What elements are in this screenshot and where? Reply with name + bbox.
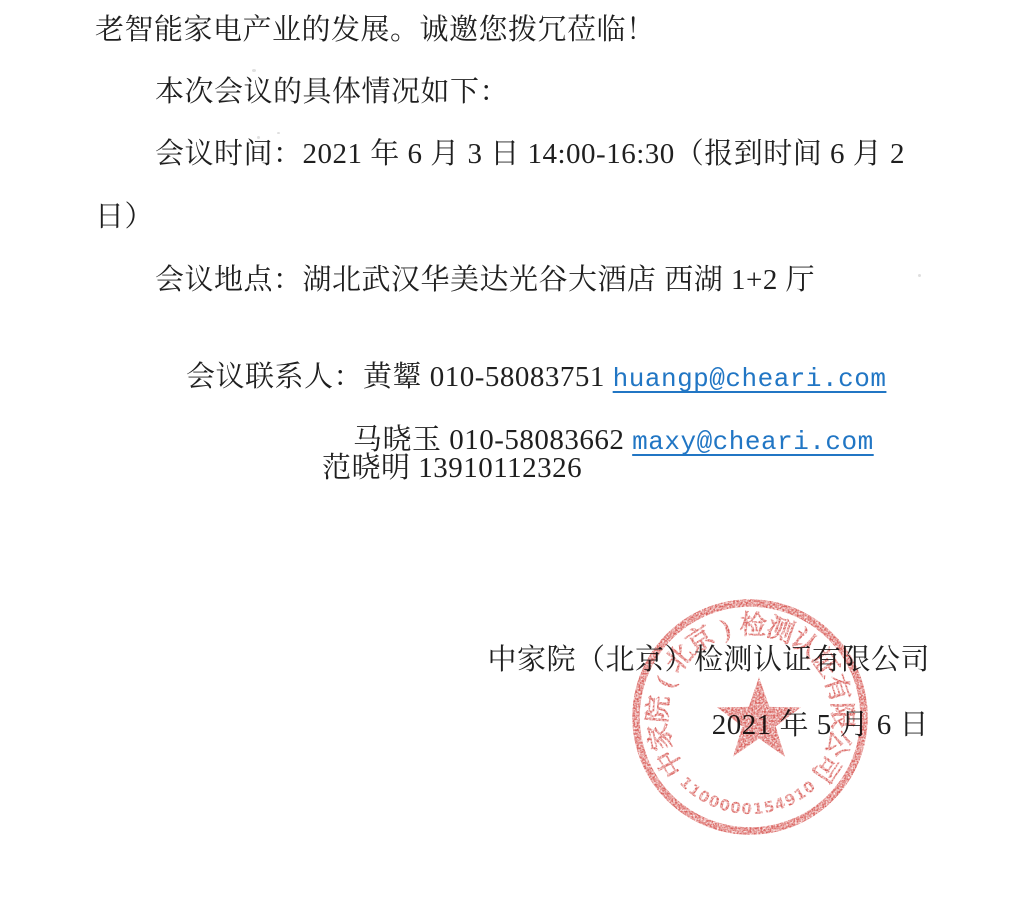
meeting-details-intro: 本次会议的具体情况如下： [155, 75, 509, 109]
seal-ring-char: 家 [643, 721, 678, 754]
document-page: 老智能家电产业的发展。诚邀您拨冗莅临！ 本次会议的具体情况如下： 会议时间：20… [0, 0, 1032, 900]
seal-ring-char: 检 [739, 610, 767, 641]
seal-serial-digit: 0 [729, 798, 742, 817]
scan-speck [918, 274, 921, 277]
seal-ring-char: ) [717, 613, 734, 644]
meeting-time-line: 会议时间：2021 年 6 月 3 日 14:00-16:30（报到时间 6 月… [155, 137, 905, 171]
seal-serial-digit: 0 [741, 800, 752, 818]
scan-speck [277, 132, 280, 134]
seal-serial-number: 1 1 0 0 0 0 0 1 5 4 9 1 0 [675, 773, 819, 821]
meeting-time-wrap-line: 日） [95, 200, 154, 234]
contact-line-3: 范晓明 13910112326 [322, 451, 582, 485]
seal-ring-char: 限 [827, 702, 857, 729]
company-seal: 中 家 院 ( 北 京 ) 检 测 认 证 有 限 公 司 1 1 0 0 [622, 589, 878, 845]
meeting-location-line: 会议地点：湖北武汉华美达光谷大酒店 西湖 1+2 厅 [155, 263, 815, 297]
seal-star-icon [717, 677, 801, 757]
seal-ring-char: 院 [642, 694, 674, 723]
email-link-maxy[interactable]: maxy@cheari.com [632, 427, 874, 457]
scan-speck [252, 69, 256, 72]
closing-invitation-line: 老智能家电产业的发展。诚邀您拨冗莅临！ [95, 13, 656, 47]
scan-speck [257, 136, 260, 139]
seal-ring-char: ( [649, 672, 680, 692]
